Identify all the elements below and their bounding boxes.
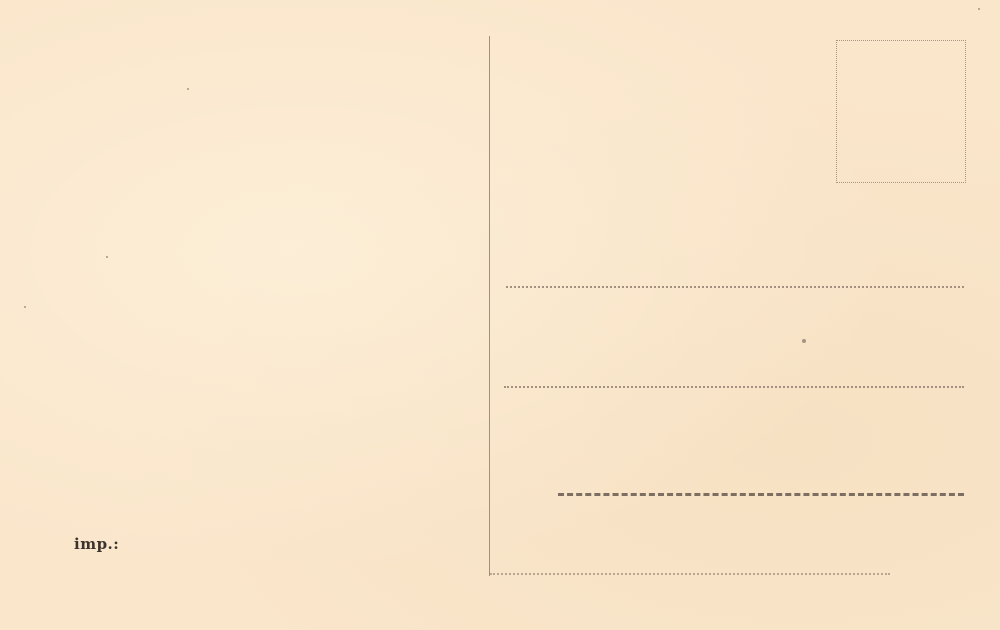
paper-speck xyxy=(802,339,806,343)
address-line-2 xyxy=(504,386,964,388)
printer-imprint-label: imp.: xyxy=(74,535,119,553)
address-line-1 xyxy=(506,286,964,288)
address-line-3 xyxy=(558,493,964,496)
paper-speck xyxy=(24,306,26,308)
paper-speck xyxy=(187,88,189,90)
paper-speck xyxy=(106,256,108,258)
postcard-back: imp.: xyxy=(0,0,1000,630)
paper-speck xyxy=(978,8,980,10)
address-line-4 xyxy=(490,573,890,575)
stamp-placeholder-box xyxy=(836,40,966,183)
center-divider-line xyxy=(489,36,490,576)
